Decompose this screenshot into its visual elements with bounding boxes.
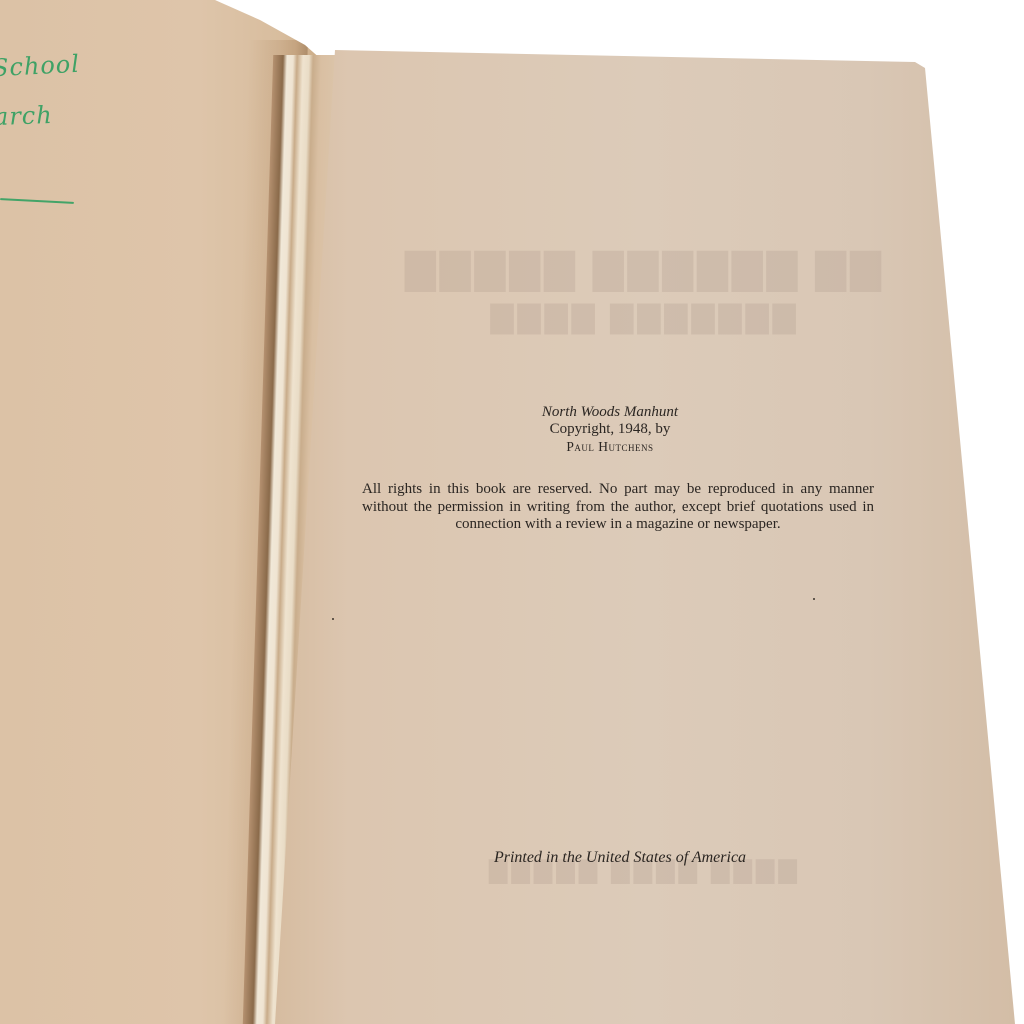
copyright-line: Copyright, 1948, by <box>470 421 750 438</box>
paper-speck <box>332 618 334 620</box>
show-through-text: ▇▇▇▇ ▇▇▇▇▇▇▇ <box>275 300 1015 335</box>
handwritten-underline <box>0 198 74 204</box>
rights-notice: All rights in this book are reserved. No… <box>362 481 874 534</box>
handwritten-note: School <box>0 50 81 83</box>
book-title: North Woods Manhunt <box>470 404 750 421</box>
show-through-text: ▇▇▇▇▇ ▇▇▇▇▇▇ ▇▇ <box>275 245 1015 292</box>
right-page: ▇▇▇▇▇ ▇▇▇▇▇▇ ▇▇ ▇▇▇▇ ▇▇▇▇▇▇▇ ▇▇▇▇▇ ▇▇▇▇ … <box>275 45 1015 1024</box>
author-name: Paul Hutchens <box>470 438 750 455</box>
printed-in-line: Printed in the United States of America <box>420 849 820 867</box>
handwritten-note: arch <box>0 101 53 131</box>
paper-speck <box>813 598 815 600</box>
